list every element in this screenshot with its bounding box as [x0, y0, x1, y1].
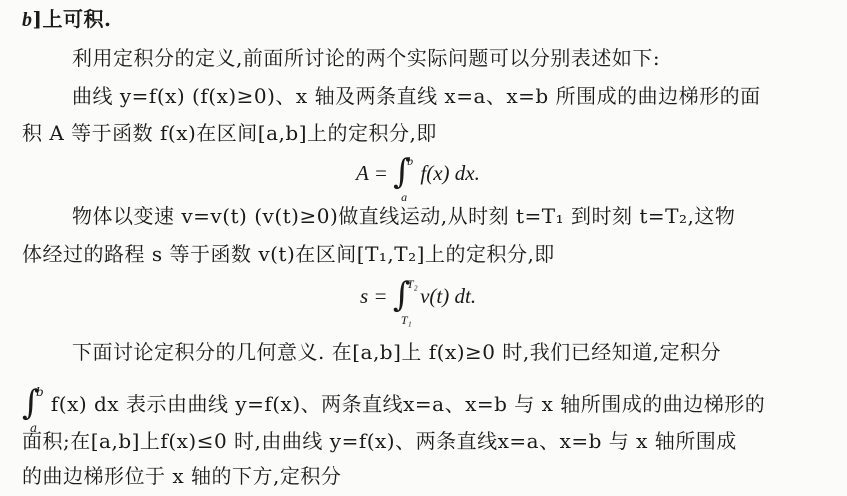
- text-line-5: 物体以变速 v=v(t) (v(t)≥0)做直线运动,从时刻 t=T₁ 到时刻 …: [72, 203, 735, 229]
- text-line-1: b]上可积.: [22, 6, 111, 33]
- upper-limit: b: [407, 148, 413, 174]
- upper-limit: b: [36, 379, 44, 405]
- integral-sign-icon: ∫ b a: [393, 162, 415, 188]
- integral-sign-icon: ∫ T₂ T₁: [393, 285, 415, 311]
- formula-1-integrand: f(x) dx.: [420, 161, 479, 185]
- text-line-10: 的曲边梯形位于 x 轴的下方,定积分: [22, 463, 341, 489]
- upper-limit: T₂: [407, 271, 418, 297]
- text-line-4: 积 A 等于函数 f(x)在区间[a,b]上的定积分,即: [22, 120, 437, 146]
- math-b: b: [22, 9, 33, 31]
- formula-distance-integral: s = ∫ T₂ T₁ v(t) dt.: [360, 283, 476, 311]
- text-line-7: 下面讨论定积分的几何意义. 在[a,b]上 f(x)≥0 时,我们已经知道,定积…: [72, 339, 721, 365]
- formula-2-lhs: s =: [360, 284, 388, 308]
- integral-sign-icon: ∫ b a: [22, 393, 44, 419]
- formula-1-lhs: A =: [356, 161, 388, 185]
- text-line-6: 体经过的路程 s 等于函数 v(t)在区间[T₁,T₂]上的定积分,即: [22, 241, 555, 267]
- text-line-3: 曲线 y=f(x) (f(x)≥0)、x 轴及两条直线 x=a、x=b 所围成的…: [72, 83, 761, 109]
- formula-2-integrand: v(t) dt.: [420, 284, 476, 308]
- text-line-8: ∫ b a f(x) dx 表示由曲线 y=f(x)、两条直线x=a、x=b 与…: [22, 391, 765, 419]
- line-1-text: ]上可积.: [33, 7, 112, 31]
- lower-limit: T₁: [401, 307, 412, 333]
- line-8-text: f(x) dx 表示由曲线 y=f(x)、两条直线x=a、x=b 与 x 轴所围…: [51, 392, 765, 416]
- text-line-9: 面积;在[a,b]上f(x)≤0 时,由曲线 y=f(x)、两条直线x=a、x=…: [22, 428, 737, 454]
- text-line-2: 利用定积分的定义,前面所讨论的两个实际问题可以分别表述如下:: [72, 45, 660, 71]
- formula-area-integral: A = ∫ b a f(x) dx.: [356, 160, 480, 188]
